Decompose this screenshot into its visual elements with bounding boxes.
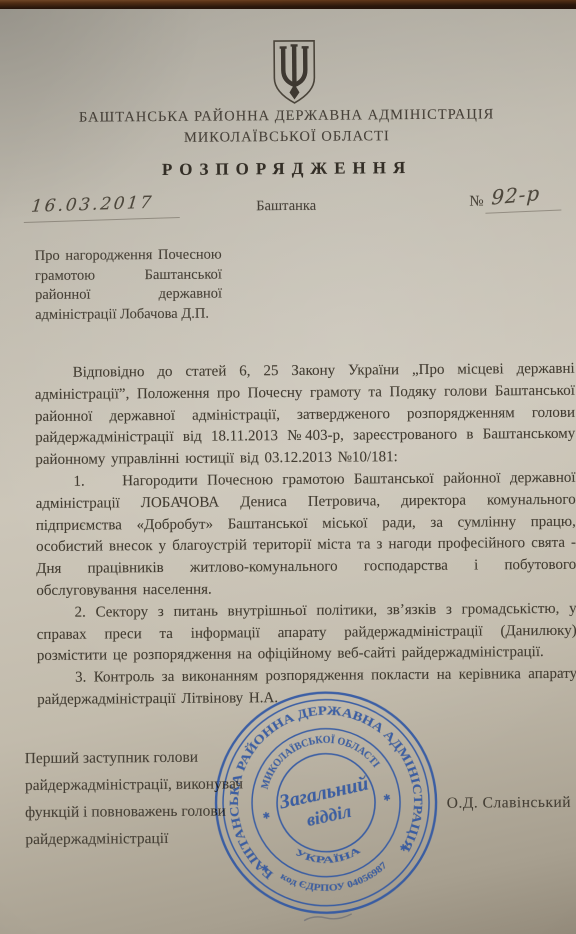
official-stamp: БАШТАНСЬКА РАЙОННА ДЕРЖАВНА АДМІНІСТРАЦІ… [207, 684, 445, 922]
document-sheet: БАШТАНСЬКА РАЙОННА ДЕРЖАВНА АДМІНІСТРАЦІ… [0, 9, 576, 934]
ukraine-trident-emblem [266, 36, 323, 108]
trident-base [289, 84, 299, 100]
signatory-name: О.Д. Славінський [447, 794, 571, 813]
number-field: № 92-р [469, 185, 569, 220]
document-photo: БАШТАНСЬКА РАЙОННА ДЕРЖАВНА АДМІНІСТРАЦІ… [0, 0, 576, 934]
stamp-star-right-icon: ✱ [383, 793, 392, 804]
date-handwritten: 16.03.2017 [30, 193, 154, 217]
date-field: 16.03.2017 [23, 191, 180, 223]
subject-block: Про нагородження Почесною грамотою Башта… [35, 246, 223, 325]
order-item-1: 1. Нагородити Почесною грамотою Баштансь… [35, 468, 576, 603]
place-name: Баштанка [256, 198, 316, 215]
numero-sign: № [469, 193, 483, 210]
intro-paragraph: Відповідно до статей 6, 25 Закону Україн… [35, 359, 576, 472]
document-type-title: РОЗПОРЯДЖЕННЯ [0, 157, 575, 182]
order-item-2: 2. Сектору з питань внутрішньої політики… [36, 599, 576, 669]
stamp-star-left-icon: ✱ [262, 811, 271, 822]
number-handwritten: 92-р [491, 181, 541, 210]
org-name-line2: МИКОЛАЇВСЬКОЇ ОБЛАСТІ [0, 127, 575, 149]
stamp-star-bottom-left-icon: ✱ [261, 864, 270, 875]
stamp-star-bottom-right-icon: ✱ [399, 843, 408, 854]
number-underline [485, 210, 561, 214]
body-text: Відповідно до статей 6, 25 Закону Україн… [35, 359, 576, 712]
org-name-line1: БАШТАНСЬКА РАЙОННА ДЕРЖАВНА АДМІНІСТРАЦІ… [0, 106, 575, 128]
document-content: БАШТАНСЬКА РАЙОННА ДЕРЖАВНА АДМІНІСТРАЦІ… [0, 7, 576, 934]
